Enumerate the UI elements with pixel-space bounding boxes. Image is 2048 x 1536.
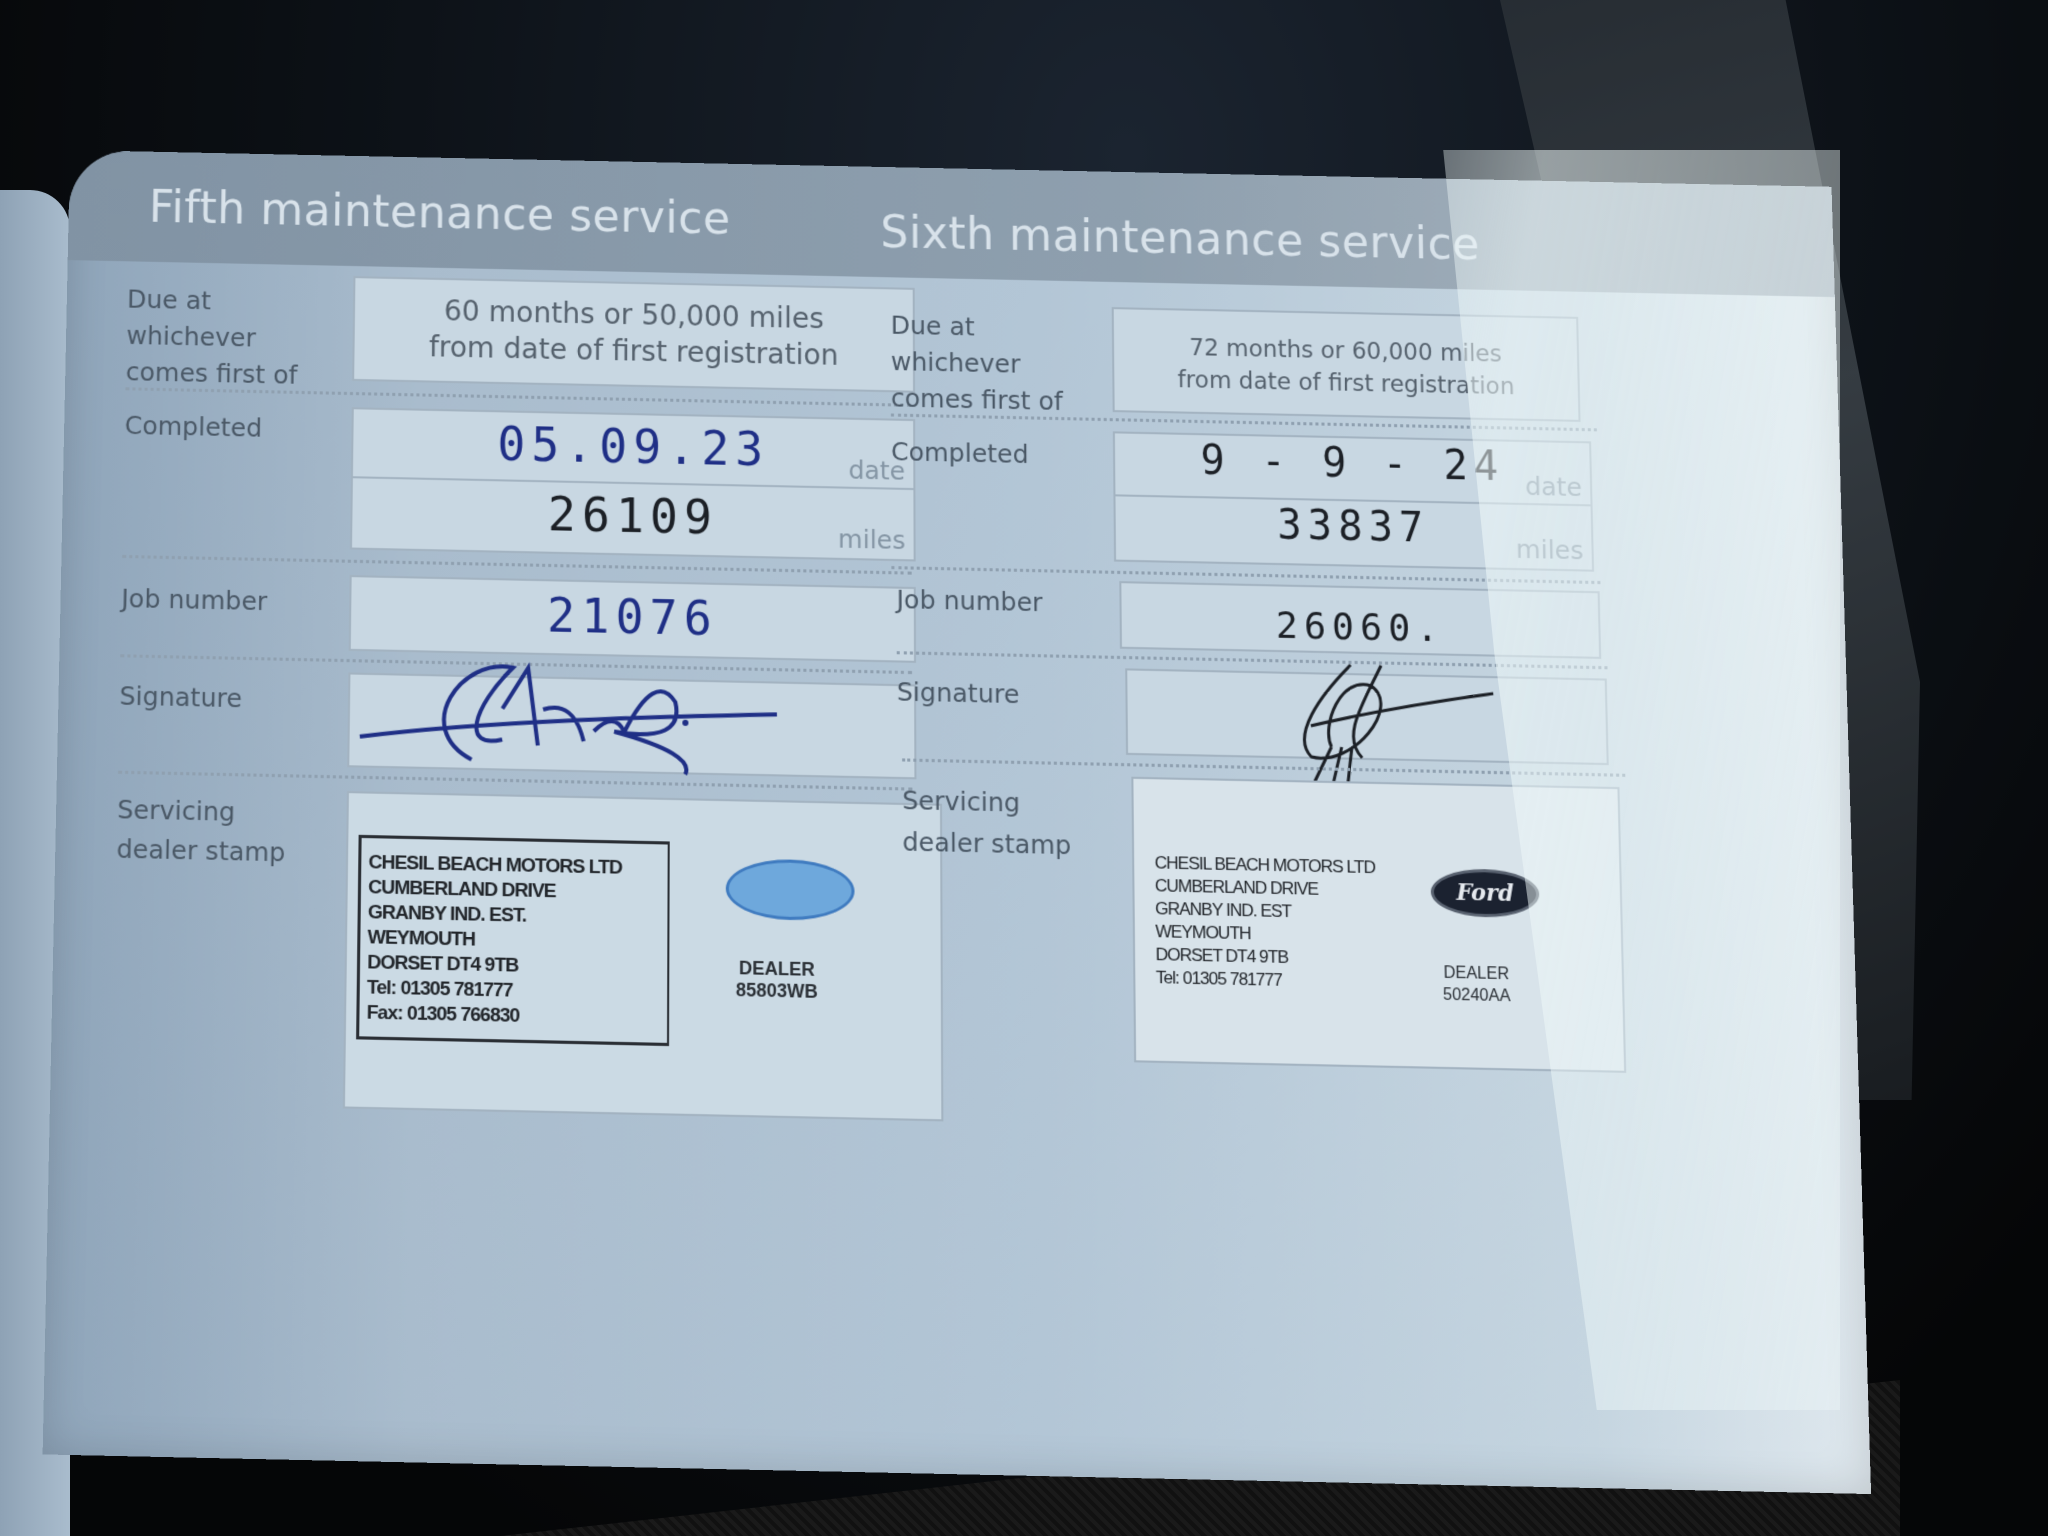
due-field: 72 months or 60,000 miles from date of f… bbox=[1112, 307, 1581, 422]
completed-date-value: 05.09.23 bbox=[353, 413, 913, 480]
due-field: 60 months or 50,000 miles from date of f… bbox=[352, 276, 915, 393]
dealer-code-value: 50240AA bbox=[1443, 984, 1511, 1007]
completed-label: Completed bbox=[124, 407, 262, 446]
ford-oval-logo-black-icon: Ford bbox=[1430, 868, 1539, 918]
stamp-address: CHESIL BEACH MOTORS LTD CUMBERLAND DRIVE… bbox=[1155, 852, 1378, 994]
dealer-code-value: 85803WB bbox=[736, 979, 818, 1003]
fifth-service-section: Fifth maintenance service Due at whichev… bbox=[48, 150, 872, 1195]
completed-label: Completed bbox=[891, 434, 1029, 473]
signature-label: Signature bbox=[119, 678, 242, 718]
service-booklet: Fifth maintenance service Due at whichev… bbox=[43, 150, 1871, 1494]
completed-date-value: 9 - 9 - 24 bbox=[1115, 435, 1590, 492]
job-number-value: 21076 bbox=[351, 583, 914, 650]
miles-unit: miles bbox=[838, 524, 906, 555]
dealer-stamp-box: CHESIL BEACH MOTORS LTD CUMBERLAND DRIVE… bbox=[1131, 777, 1626, 1073]
completed-miles-field: 26109 miles bbox=[350, 476, 916, 561]
section-title: Sixth maintenance service bbox=[880, 207, 1480, 271]
sixth-service-section: Sixth maintenance service Due at whichev… bbox=[970, 169, 1800, 1215]
completed-miles-field: 33837 miles bbox=[1113, 494, 1594, 571]
signature-field bbox=[347, 672, 916, 779]
dealer-label: DEALER bbox=[736, 957, 818, 981]
completed-miles-value: 26109 bbox=[352, 482, 913, 549]
signature-field bbox=[1125, 668, 1609, 765]
stamp-label-line2: dealer stamp bbox=[902, 824, 1071, 865]
dealer-stamp-box: CHESIL BEACH MOTORS LTD CUMBERLAND DRIVE… bbox=[343, 791, 943, 1121]
miles-unit: miles bbox=[1516, 534, 1584, 565]
stamp-address: CHESIL BEACH MOTORS LTD CUMBERLAND DRIVE… bbox=[367, 851, 623, 1032]
section-title: Fifth maintenance service bbox=[148, 182, 730, 245]
stamp-label-line2: dealer stamp bbox=[116, 831, 285, 872]
dealer-label: DEALER bbox=[1442, 962, 1510, 985]
stamp-label-line1: Servicing bbox=[117, 791, 236, 831]
dealer-code: DEALER 50240AA bbox=[1442, 962, 1510, 1007]
due-label: Due at whichever comes first of bbox=[125, 281, 338, 394]
job-number-label: Job number bbox=[896, 582, 1042, 622]
job-number-label: Job number bbox=[121, 580, 268, 620]
date-unit: date bbox=[1525, 471, 1583, 502]
stamp-label-line1: Servicing bbox=[902, 782, 1020, 822]
due-label: Due at whichever comes first of bbox=[891, 307, 1103, 421]
signature-label: Signature bbox=[897, 674, 1020, 714]
dealer-code: DEALER 85803WB bbox=[736, 957, 818, 1003]
signature-icon bbox=[349, 644, 919, 780]
ford-oval-logo-blue-icon bbox=[726, 858, 855, 921]
